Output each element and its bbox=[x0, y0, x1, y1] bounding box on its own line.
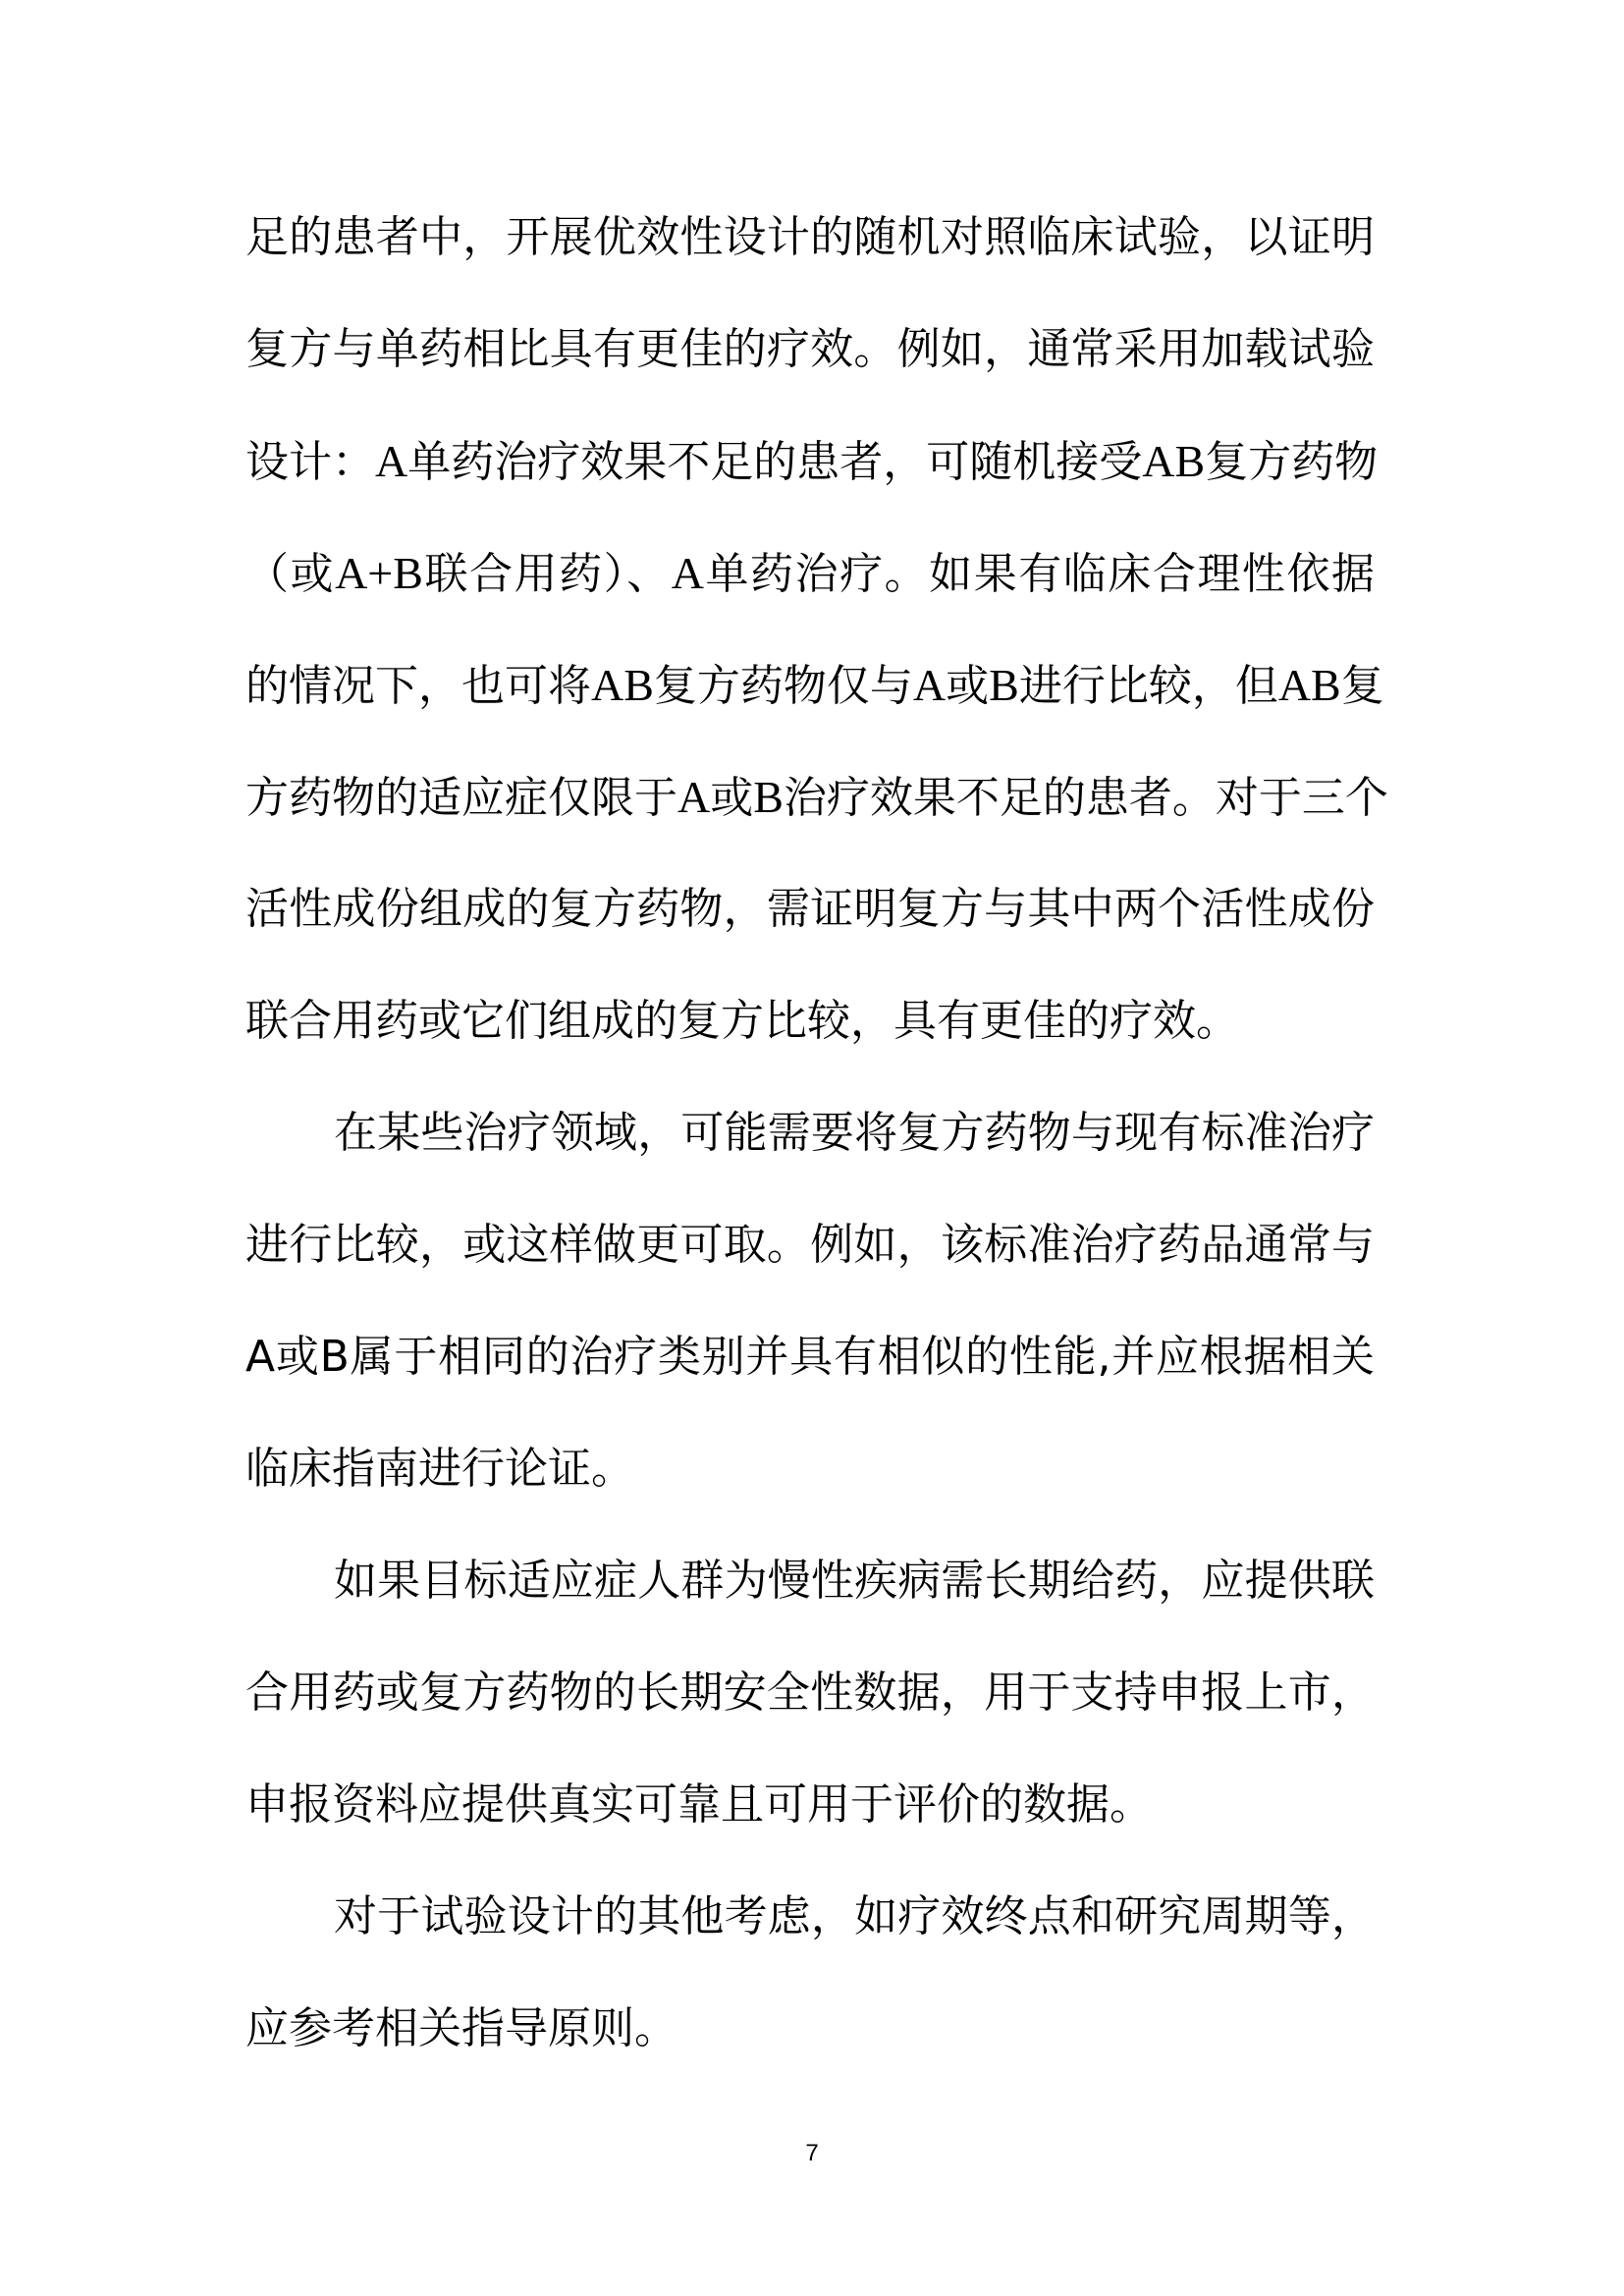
text-line: 临床指南进行论证。 bbox=[245, 1413, 1375, 1525]
text-line: 复方与单药相比具有更佳的疗效。例如，通常采用加载试验 bbox=[245, 294, 1375, 406]
text-run: 申报资料应提供真实可靠且可用于评价的数据。 bbox=[245, 1779, 1153, 1830]
text-run: 单药治疗效果不足的患者，可随机接受 bbox=[407, 437, 1142, 487]
text-line: 进行比较，或这样做更可取。例如，该标准治疗药品通常与 bbox=[245, 1189, 1375, 1301]
text-run: 联合用药）、 bbox=[423, 549, 672, 599]
text-run: A bbox=[677, 772, 710, 822]
text-run: 在某些治疗领域，可能需要将复方药物与现有标准治疗 bbox=[334, 1108, 1375, 1158]
text-line: 方药物的适应症仅限于A或B治疗效果不足的患者。对于三个 bbox=[245, 741, 1375, 853]
text-run: 复方药物 bbox=[1205, 437, 1378, 487]
text-run: 治疗效果不足的患者。对于三个 bbox=[784, 773, 1388, 823]
text-run: 如果目标适应症人群为慢性疾病需长期给药，应提供联 bbox=[334, 1556, 1375, 1606]
text-line: 的情况下，也可将AB复方药物仅与A或B进行比较，但AB复 bbox=[245, 629, 1375, 741]
text-run: AB bbox=[591, 660, 654, 710]
text-run: 进行比较，或这样做更可取。例如，该标准治疗药品通常与 bbox=[245, 1220, 1375, 1270]
text-run: 复方与单药相比具有更佳的疗效。例如，通常采用加载试验 bbox=[245, 324, 1375, 374]
text-run: B bbox=[753, 772, 784, 822]
text-run: 的情况下，也可将 bbox=[245, 661, 591, 711]
text-line: A或B属于相同的治疗类别并具有相似的性能,并应根据相关 bbox=[245, 1301, 1375, 1413]
text-run: 临床指南进行论证。 bbox=[245, 1444, 634, 1494]
paragraph: 如果目标适应症人群为慢性疾病需长期给药，应提供联合用药或复方药物的长期安全性数据… bbox=[245, 1525, 1375, 1861]
page-number: 7 bbox=[0, 2139, 1624, 2168]
text-run: 足的患者中，开展优效性设计的随机对照临床试验，以证明 bbox=[245, 212, 1375, 262]
document-page: 足的患者中，开展优效性设计的随机对照临床试验，以证明复方与单药相比具有更佳的疗效… bbox=[0, 0, 1624, 2296]
paragraph: 足的患者中，开展优效性设计的随机对照临床试验，以证明复方与单药相比具有更佳的疗效… bbox=[245, 182, 1375, 1077]
text-run: 活性成份组成的复方药物，需证明复方与其中两个活性成份 bbox=[245, 884, 1375, 934]
text-run: 联合用药或它们组成的复方比较，具有更佳的疗效。 bbox=[245, 996, 1239, 1046]
text-line: 联合用药或它们组成的复方比较，具有更佳的疗效。 bbox=[245, 965, 1375, 1077]
text-line: 如果目标适应症人群为慢性疾病需长期给药，应提供联 bbox=[245, 1525, 1375, 1637]
text-run: 进行比较，但 bbox=[1019, 661, 1278, 711]
text-run: A bbox=[375, 436, 407, 486]
text-run: A或B属于相同的治疗类别并具有相似的性能,并应根据相关 bbox=[245, 1332, 1375, 1382]
text-run: A+B bbox=[335, 548, 423, 598]
text-line: 合用药或复方药物的长期安全性数据，用于支持申报上市， bbox=[245, 1637, 1375, 1749]
text-run: 方药物的适应症仅限于 bbox=[245, 773, 677, 823]
text-line: 应参考相关指导原则。 bbox=[245, 1973, 1375, 2085]
text-run: 复方药物仅与 bbox=[654, 661, 913, 711]
text-run: A bbox=[913, 660, 946, 710]
body-text: 足的患者中，开展优效性设计的随机对照临床试验，以证明复方与单药相比具有更佳的疗效… bbox=[245, 182, 1375, 2085]
text-run: 应参考相关指导原则。 bbox=[245, 2003, 677, 2053]
text-run: 或 bbox=[946, 661, 989, 711]
text-run: （或 bbox=[245, 549, 335, 599]
text-run: 或 bbox=[710, 773, 753, 823]
text-line: （或A+B联合用药）、A单药治疗。如果有临床合理性依据 bbox=[245, 518, 1375, 629]
text-run: 设计： bbox=[245, 437, 375, 487]
text-run: 合用药或复方药物的长期安全性数据，用于支持申报上市， bbox=[245, 1667, 1375, 1718]
paragraph: 在某些治疗领域，可能需要将复方药物与现有标准治疗进行比较，或这样做更可取。例如，… bbox=[245, 1077, 1375, 1525]
text-run: 单药治疗。如果有临床合理性依据 bbox=[704, 549, 1375, 599]
text-run: 对于试验设计的其他考虑，如疗效终点和研究周期等， bbox=[334, 1891, 1375, 1941]
text-line: 在某些治疗领域，可能需要将复方药物与现有标准治疗 bbox=[245, 1077, 1375, 1189]
text-run: AB bbox=[1278, 660, 1341, 710]
text-run: 复 bbox=[1341, 661, 1384, 711]
text-run: AB bbox=[1142, 436, 1205, 486]
text-run: A bbox=[672, 548, 704, 598]
text-line: 设计：A单药治疗效果不足的患者，可随机接受AB复方药物 bbox=[245, 406, 1375, 518]
text-line: 足的患者中，开展优效性设计的随机对照临床试验，以证明 bbox=[245, 182, 1375, 294]
text-line: 申报资料应提供真实可靠且可用于评价的数据。 bbox=[245, 1749, 1375, 1861]
text-line: 活性成份组成的复方药物，需证明复方与其中两个活性成份 bbox=[245, 853, 1375, 965]
text-line: 对于试验设计的其他考虑，如疗效终点和研究周期等， bbox=[245, 1861, 1375, 1973]
paragraph: 对于试验设计的其他考虑，如疗效终点和研究周期等，应参考相关指导原则。 bbox=[245, 1861, 1375, 2085]
text-run: B bbox=[989, 660, 1019, 710]
